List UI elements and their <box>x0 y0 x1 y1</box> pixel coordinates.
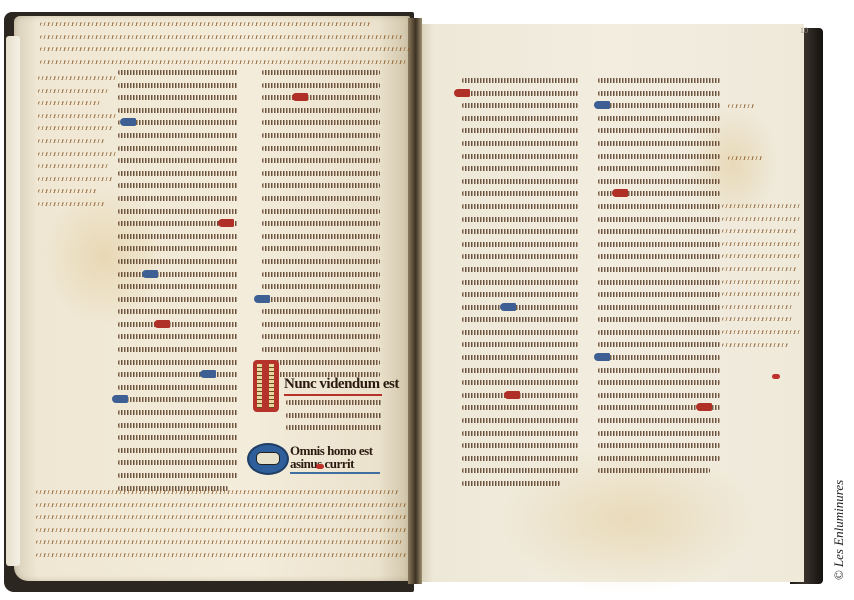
right-page-column-2 <box>598 74 720 477</box>
bottom-margin-annotations <box>36 486 408 562</box>
manuscript-photo: 10 <box>0 0 854 600</box>
left-page-column-2-continued <box>286 396 382 434</box>
right-margin-note <box>728 152 764 165</box>
copyright-credit: © Les Enluminures <box>824 460 854 600</box>
red-mark <box>772 374 780 379</box>
decorated-initial-o <box>247 443 289 475</box>
rubric-line <box>290 472 380 474</box>
right-margin-note <box>728 100 756 113</box>
section-heading: Nunc videndum est <box>284 376 399 393</box>
left-page-column-1 <box>118 66 238 494</box>
page-edges <box>6 36 20 566</box>
right-margin-annotations <box>722 200 802 351</box>
red-mark <box>316 464 324 469</box>
gutter <box>408 18 422 584</box>
top-margin-annotations <box>40 18 410 68</box>
right-page-column-1 <box>462 74 578 490</box>
decorated-initial-n <box>247 356 281 418</box>
left-margin-annotations <box>38 72 118 211</box>
left-page-column-2 <box>262 66 380 381</box>
proposition-heading: Omnis homo est asinus currit <box>290 444 382 470</box>
folio-number: 10 <box>800 26 808 35</box>
